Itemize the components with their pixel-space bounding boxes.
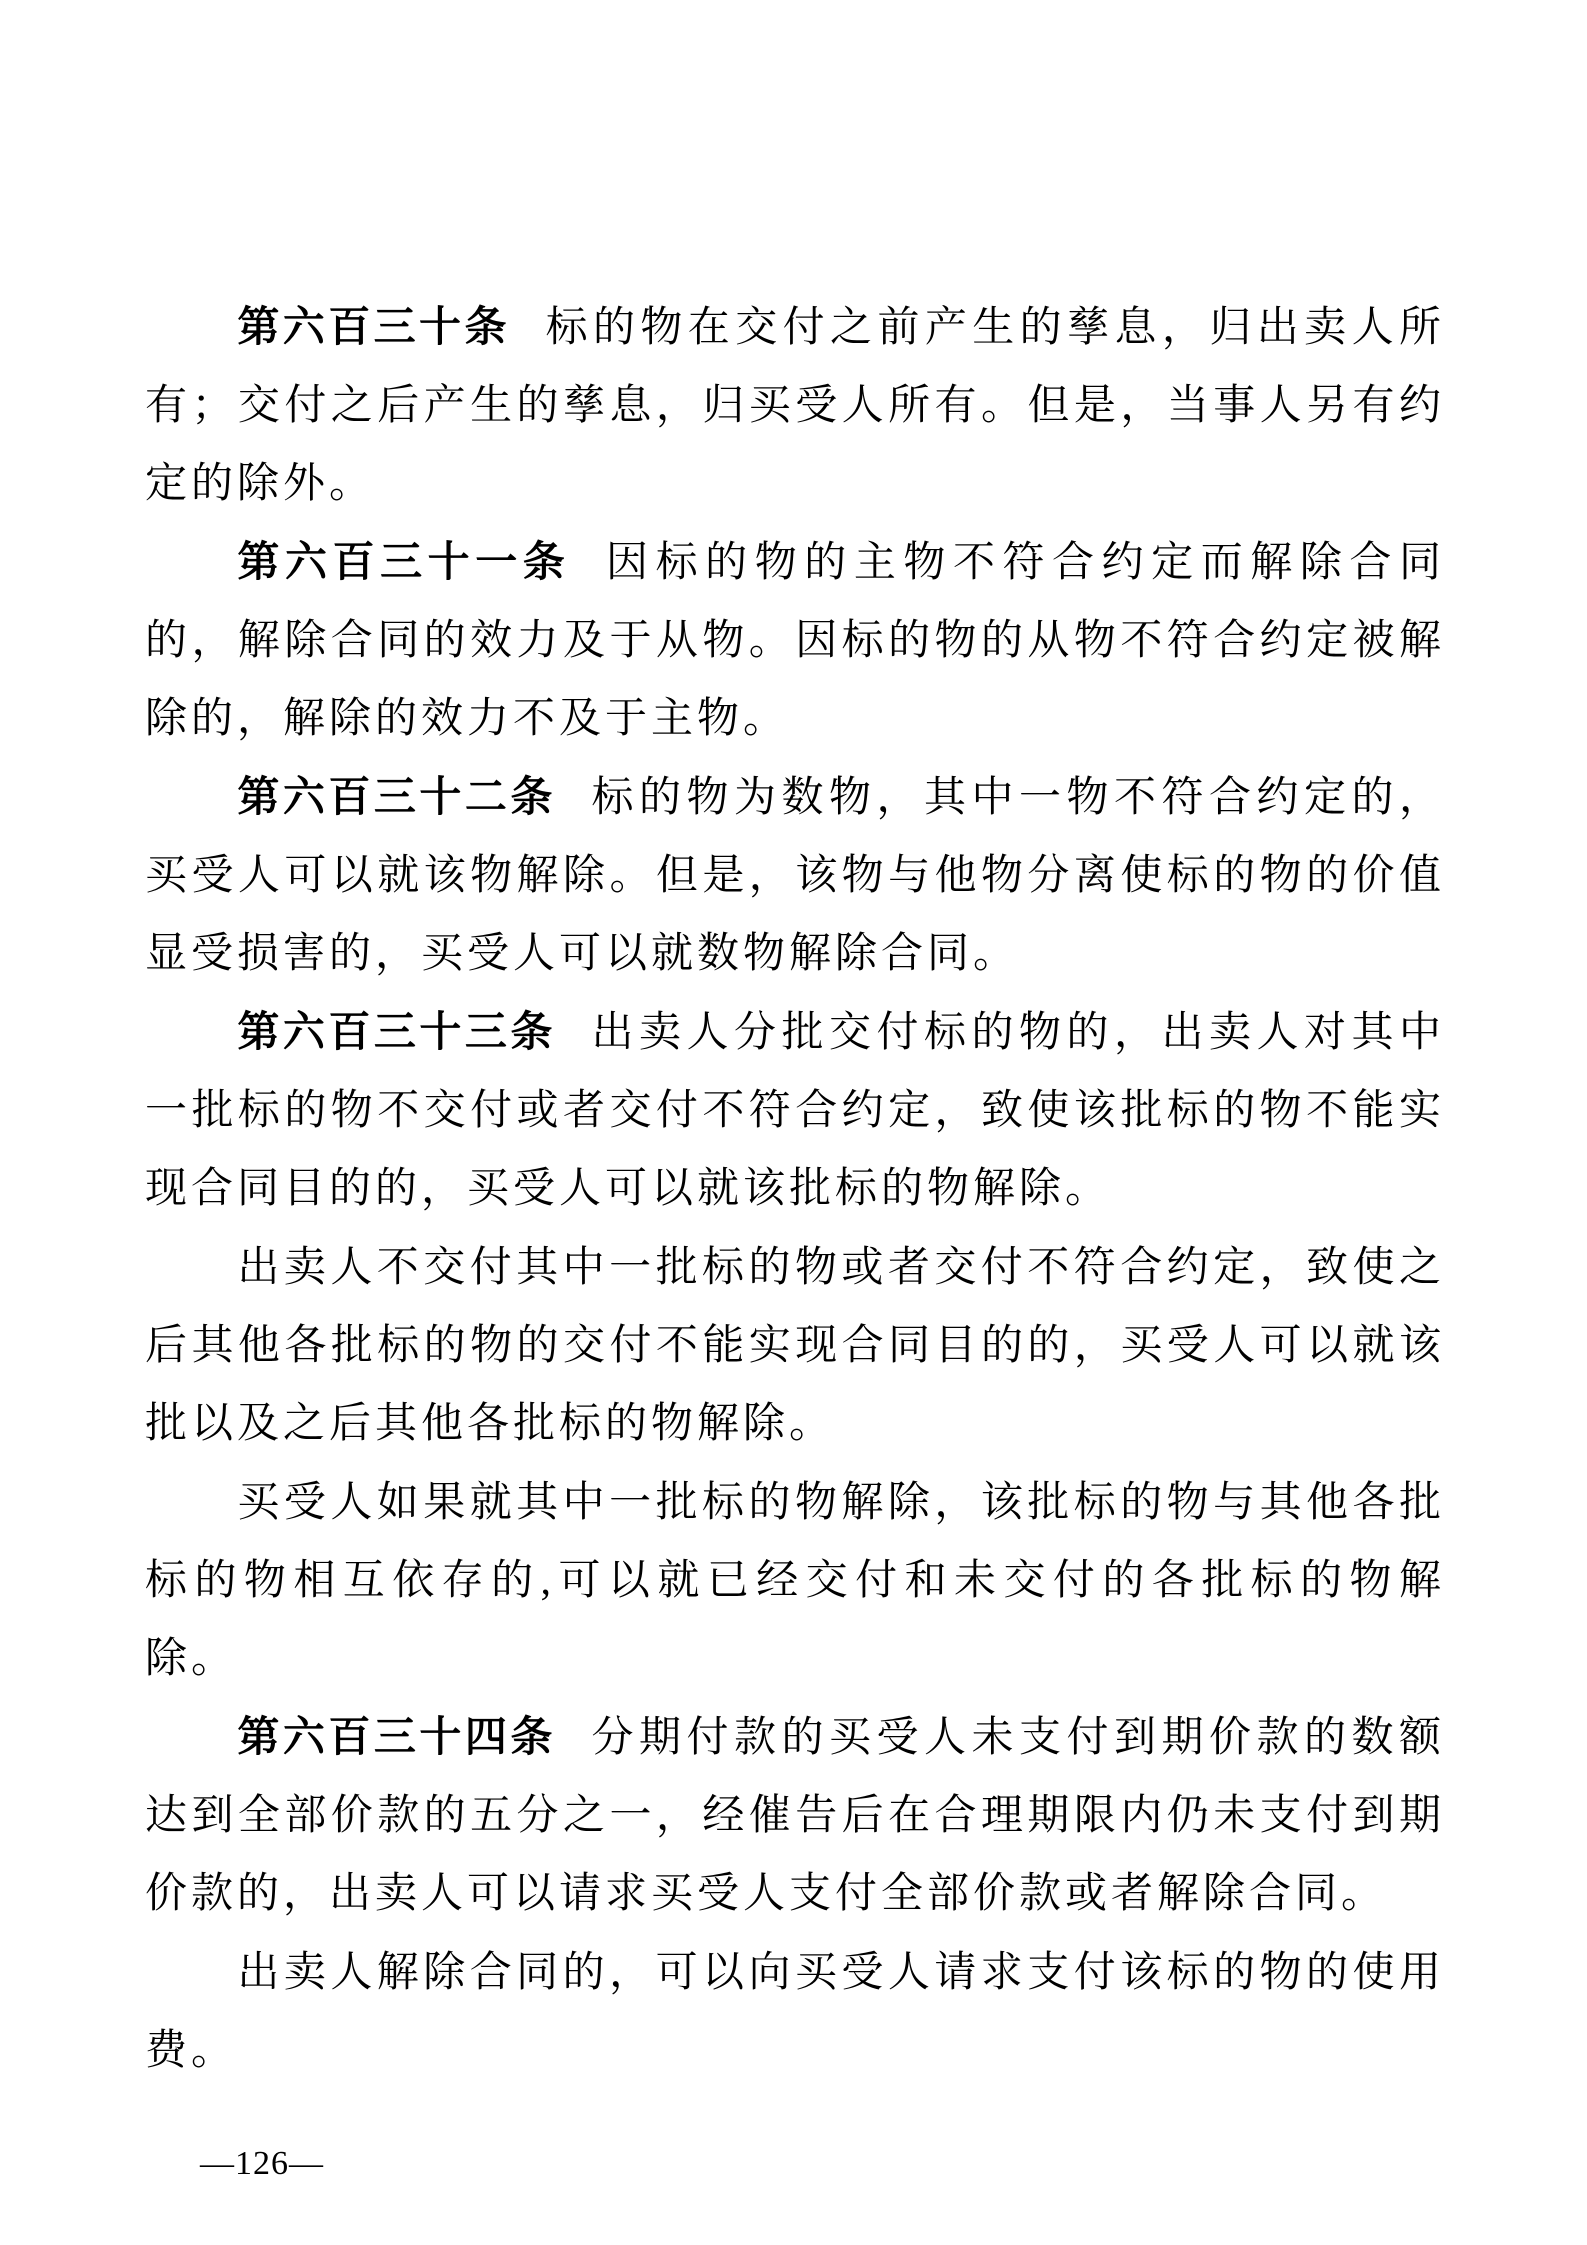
article-633-paragraph-3: 买受人如果就其中一批标的物解除，该批标的物与其他各批标的物相互依存的,可以就已经… xyxy=(145,1463,1445,1698)
article-632-number: 第六百三十二条 xyxy=(237,773,555,820)
article-633-paragraph-1: 第六百三十三条出卖人分批交付标的物的，出卖人对其中一批标的物不交付或者交付不符合… xyxy=(145,993,1445,1228)
article-633-text-2: 出卖人不交付其中一批标的物或者交付不符合约定，致使之后其他各批标的物的交付不能实… xyxy=(145,1245,1445,1447)
article-633-paragraph-2: 出卖人不交付其中一批标的物或者交付不符合约定，致使之后其他各批标的物的交付不能实… xyxy=(145,1228,1445,1463)
article-634-number: 第六百三十四条 xyxy=(237,1713,555,1760)
article-634-paragraph-1: 第六百三十四条分期付款的买受人未支付到期价款的数额达到全部价款的五分之一，经催告… xyxy=(145,1698,1445,1933)
article-631-number: 第六百三十一条 xyxy=(237,538,570,585)
page-number: —126— xyxy=(200,2145,324,2183)
article-630-paragraph: 第六百三十条标的物在交付之前产生的孳息，归出卖人所有；交付之后产生的孳息，归买受… xyxy=(145,288,1445,523)
article-634-text-2: 出卖人解除合同的，可以向买受人请求支付该标的物的使用费。 xyxy=(145,1950,1445,2074)
article-text-block: 第六百三十条标的物在交付之前产生的孳息，归出卖人所有；交付之后产生的孳息，归买受… xyxy=(145,288,1445,2090)
article-633-text-3: 买受人如果就其中一批标的物解除，该批标的物与其他各批标的物相互依存的,可以就已经… xyxy=(145,1480,1445,1682)
article-630-number: 第六百三十条 xyxy=(237,303,509,350)
article-634-paragraph-2: 出卖人解除合同的，可以向买受人请求支付该标的物的使用费。 xyxy=(145,1933,1445,2090)
article-631-paragraph: 第六百三十一条因标的物的主物不符合约定而解除合同的，解除合同的效力及于从物。因标… xyxy=(145,523,1445,758)
document-page: 第六百三十条标的物在交付之前产生的孳息，归出卖人所有；交付之后产生的孳息，归买受… xyxy=(0,0,1587,2245)
article-633-number: 第六百三十三条 xyxy=(237,1008,555,1055)
article-632-paragraph: 第六百三十二条标的物为数物，其中一物不符合约定的，买受人可以就该物解除。但是，该… xyxy=(145,758,1445,993)
